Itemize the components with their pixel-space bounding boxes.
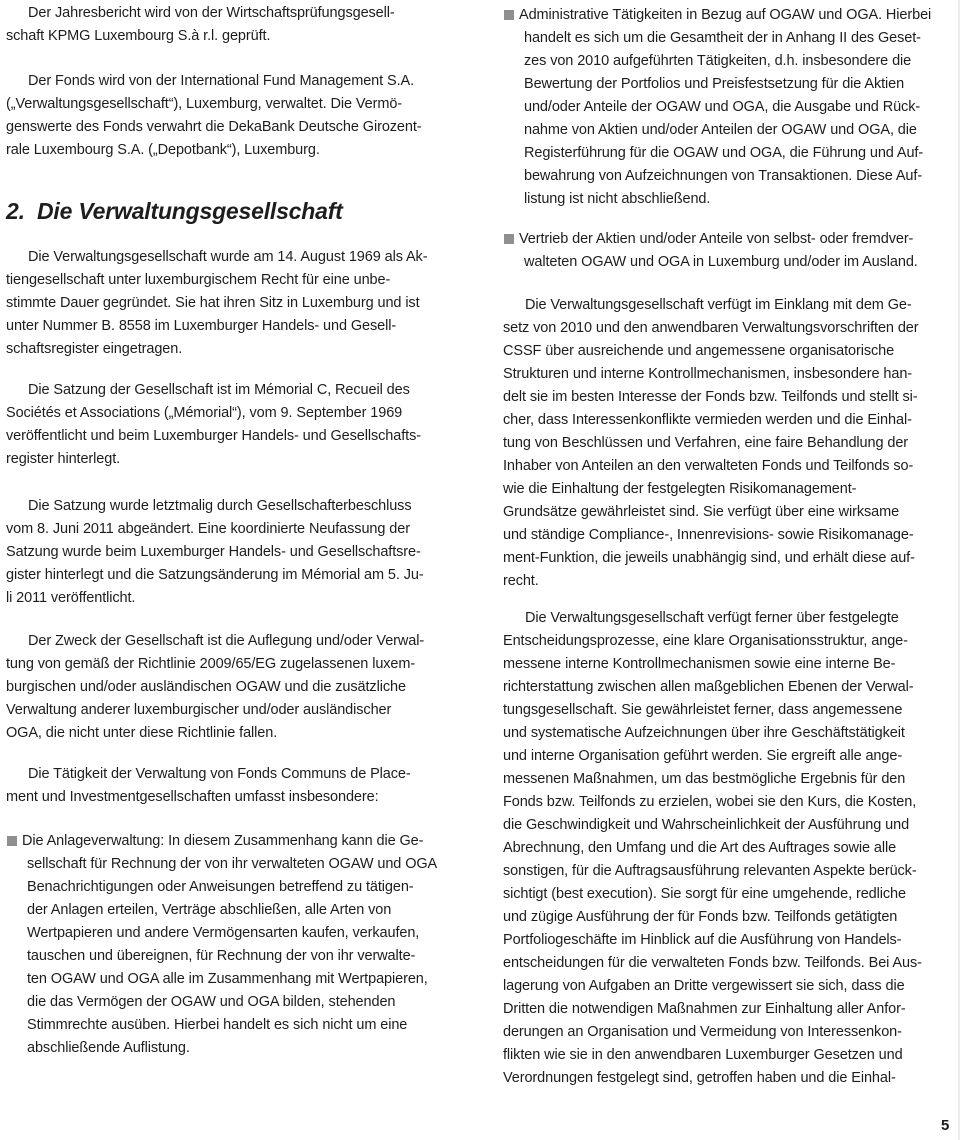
right-column: Administrative Tätigkeiten in Bezug auf …	[503, 0, 957, 1090]
paragraph-fund-management: Der Fonds wird von der International Fun…	[6, 70, 472, 162]
paragraph-annual-report: Der Jahresbericht wird von der Wirtschaf…	[6, 2, 472, 48]
document-page: Der Jahresbericht wird von der Wirtschaf…	[0, 0, 960, 1140]
bullet-item-administrative: Administrative Tätigkeiten in Bezug auf …	[503, 4, 957, 211]
paragraph-satzung-amendment: Die Satzung wurde letztmalig durch Gesel…	[6, 495, 472, 610]
section-title: Die Verwaltungsgesellschaft	[37, 198, 343, 224]
section-heading: 2.Die Verwaltungsgesellschaft	[6, 196, 472, 226]
bullet-item-anlageverwaltung: Die Anlageverwaltung: In diesem Zusammen…	[6, 830, 472, 1060]
bullet-item-vertrieb: Vertrieb der Aktien und/oder Anteile von…	[503, 228, 957, 274]
paragraph-company-purpose: Der Zweck der Gesellschaft ist die Aufle…	[6, 630, 472, 745]
paragraph-satzung-memorial: Die Satzung der Gesellschaft ist im Mémo…	[6, 379, 472, 471]
bullet-text: Die Anlageverwaltung: In diesem Zusammen…	[27, 830, 472, 1060]
section-number: 2.	[6, 196, 37, 226]
paragraph-entscheidungsprozesse: Die Verwaltungsgesellschaft verfügt fern…	[503, 607, 957, 1090]
paragraph-einklang-gesetz: Die Verwaltungsgesellschaft verfügt im E…	[503, 294, 957, 593]
bullet-text: Administrative Tätigkeiten in Bezug auf …	[524, 4, 957, 211]
left-column: Der Jahresbericht wird von der Wirtschaf…	[6, 0, 472, 1060]
paragraph-activities-intro: Die Tätigkeit der Verwaltung von Fonds C…	[6, 763, 472, 809]
page-number: 5	[941, 1117, 949, 1134]
bullet-square-icon	[504, 10, 514, 20]
bullet-square-icon	[7, 836, 17, 846]
bullet-square-icon	[504, 234, 514, 244]
paragraph-founding: Die Verwaltungsgesellschaft wurde am 14.…	[6, 246, 472, 361]
bullet-text: Vertrieb der Aktien und/oder Anteile von…	[524, 228, 957, 274]
